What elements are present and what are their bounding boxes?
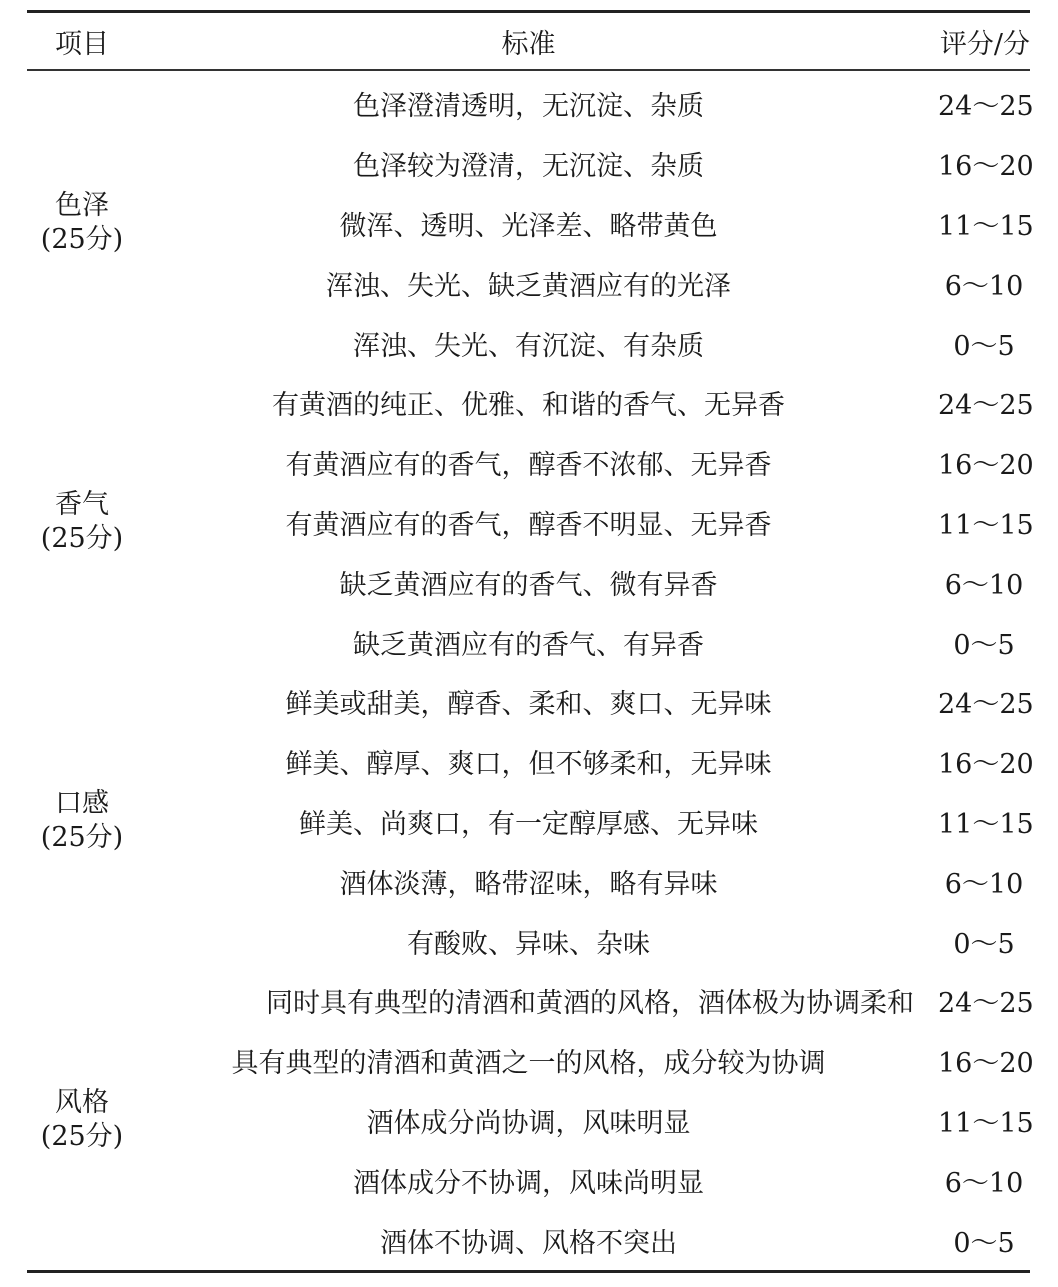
group-name: 香气: [55, 488, 109, 522]
header-item: 项目: [27, 22, 137, 61]
score-cell: 16～20: [920, 443, 1030, 482]
header-score: 评分/分: [920, 22, 1030, 61]
table-row: 鲜美、尚爽口，有一定醇厚感、无异味11～15: [137, 792, 1030, 852]
table-row: 缺乏黄酒应有的香气、有异香0～5: [137, 612, 1030, 672]
table-row: 有黄酒应有的香气，醇香不浓郁、无异香16～20: [137, 433, 1030, 493]
group-points: (25分): [41, 1120, 123, 1154]
group-label: 香气 (25分): [27, 373, 137, 672]
standard-cell: 微浑、透明、光泽差、略带黄色: [137, 204, 920, 243]
standard-cell: 鲜美或甜美，醇香、柔和、爽口、无异味: [137, 682, 920, 721]
standard-cell: 鲜美、尚爽口，有一定醇厚感、无异味: [137, 802, 920, 841]
table-row: 微浑、透明、光泽差、略带黄色11～15: [137, 194, 1030, 254]
standard-cell: 同时具有典型的清酒和黄酒的风格，酒体极为协调柔和: [137, 981, 920, 1020]
group-label: 色泽 (25分): [27, 74, 137, 373]
score-cell: 24～25: [920, 383, 1030, 422]
table-row: 鲜美或甜美，醇香、柔和、爽口、无异味24～25: [137, 672, 1030, 732]
group-label: 风格 (25分): [27, 971, 137, 1270]
table-row: 酒体不协调、风格不突出0～5: [137, 1210, 1030, 1270]
score-cell: 24～25: [920, 84, 1030, 123]
group-name: 风格: [55, 1086, 109, 1120]
standard-cell: 酒体成分不协调，风味尚明显: [137, 1161, 920, 1200]
score-cell: 11～15: [920, 204, 1030, 243]
bottom-rule: [27, 1270, 1030, 1273]
table-row: 酒体淡薄，略带涩味，略有异味6～10: [137, 851, 1030, 911]
standard-cell: 浑浊、失光、缺乏黄酒应有的光泽: [137, 264, 920, 303]
table-row: 酒体成分尚协调，风味明显11～15: [137, 1091, 1030, 1151]
standard-cell: 有黄酒应有的香气，醇香不明显、无异香: [137, 503, 920, 542]
table-header: 项目 标准 评分/分: [27, 13, 1030, 69]
group-color: 色泽 (25分) 色泽澄清透明，无沉淀、杂质24～25 色泽较为澄清，无沉淀、杂…: [27, 74, 1030, 373]
score-cell: 6～10: [920, 563, 1030, 602]
standard-cell: 浑浊、失光、有沉淀、有杂质: [137, 324, 920, 363]
score-cell: 16～20: [920, 144, 1030, 183]
score-cell: 6～10: [920, 264, 1030, 303]
score-cell: 24～25: [920, 682, 1030, 721]
sensory-evaluation-table: 项目 标准 评分/分 色泽 (25分) 色泽澄清透明，无沉淀、杂质24～25 色…: [27, 10, 1030, 1273]
table-row: 浑浊、失光、有沉淀、有杂质0～5: [137, 313, 1030, 373]
score-cell: 6～10: [920, 1161, 1030, 1200]
standard-cell: 具有典型的清酒和黄酒之一的风格，成分较为协调: [137, 1041, 920, 1080]
table-row: 色泽较为澄清，无沉淀、杂质16～20: [137, 134, 1030, 194]
standard-cell: 酒体成分尚协调，风味明显: [137, 1101, 920, 1140]
table-row: 有酸败、异味、杂味0～5: [137, 911, 1030, 971]
standard-cell: 有酸败、异味、杂味: [137, 922, 920, 961]
standard-cell: 缺乏黄酒应有的香气、微有异香: [137, 563, 920, 602]
score-cell: 11～15: [920, 503, 1030, 542]
group-aroma: 香气 (25分) 有黄酒的纯正、优雅、和谐的香气、无异香24～25 有黄酒应有的…: [27, 373, 1030, 672]
table-row: 有黄酒的纯正、优雅、和谐的香气、无异香24～25: [137, 373, 1030, 433]
table-row: 浑浊、失光、缺乏黄酒应有的光泽6～10: [137, 253, 1030, 313]
table-row: 鲜美、醇厚、爽口，但不够柔和，无异味16～20: [137, 732, 1030, 792]
standard-cell: 鲜美、醇厚、爽口，但不够柔和，无异味: [137, 742, 920, 781]
score-cell: 0～5: [920, 623, 1030, 662]
score-cell: 24～25: [920, 981, 1030, 1020]
score-cell: 11～15: [920, 1101, 1030, 1140]
standard-cell: 有黄酒应有的香气，醇香不浓郁、无异香: [137, 443, 920, 482]
group-style: 风格 (25分) 同时具有典型的清酒和黄酒的风格，酒体极为协调柔和24～25 具…: [27, 971, 1030, 1270]
header-standard: 标准: [137, 22, 920, 61]
table-row: 色泽澄清透明，无沉淀、杂质24～25: [137, 74, 1030, 134]
group-name: 口感: [55, 787, 109, 821]
group-label: 口感 (25分): [27, 672, 137, 971]
score-cell: 11～15: [920, 802, 1030, 841]
score-cell: 6～10: [920, 862, 1030, 901]
group-taste: 口感 (25分) 鲜美或甜美，醇香、柔和、爽口、无异味24～25 鲜美、醇厚、爽…: [27, 672, 1030, 971]
table-row: 具有典型的清酒和黄酒之一的风格，成分较为协调16～20: [137, 1031, 1030, 1091]
standard-cell: 色泽澄清透明，无沉淀、杂质: [137, 84, 920, 123]
standard-cell: 缺乏黄酒应有的香气、有异香: [137, 623, 920, 662]
score-cell: 16～20: [920, 742, 1030, 781]
table-row: 同时具有典型的清酒和黄酒的风格，酒体极为协调柔和24～25: [137, 971, 1030, 1031]
group-points: (25分): [41, 223, 123, 257]
score-cell: 0～5: [920, 1221, 1030, 1260]
score-cell: 16～20: [920, 1041, 1030, 1080]
group-name: 色泽: [55, 189, 109, 223]
standard-cell: 有黄酒的纯正、优雅、和谐的香气、无异香: [137, 383, 920, 422]
group-points: (25分): [41, 522, 123, 556]
table-row: 缺乏黄酒应有的香气、微有异香6～10: [137, 552, 1030, 612]
standard-cell: 酒体淡薄，略带涩味，略有异味: [137, 862, 920, 901]
table-row: 有黄酒应有的香气，醇香不明显、无异香11～15: [137, 493, 1030, 553]
score-cell: 0～5: [920, 324, 1030, 363]
score-cell: 0～5: [920, 922, 1030, 961]
group-points: (25分): [41, 821, 123, 855]
standard-cell: 酒体不协调、风格不突出: [137, 1221, 920, 1260]
standard-cell: 色泽较为澄清，无沉淀、杂质: [137, 144, 920, 183]
table-row: 酒体成分不协调，风味尚明显6～10: [137, 1150, 1030, 1210]
